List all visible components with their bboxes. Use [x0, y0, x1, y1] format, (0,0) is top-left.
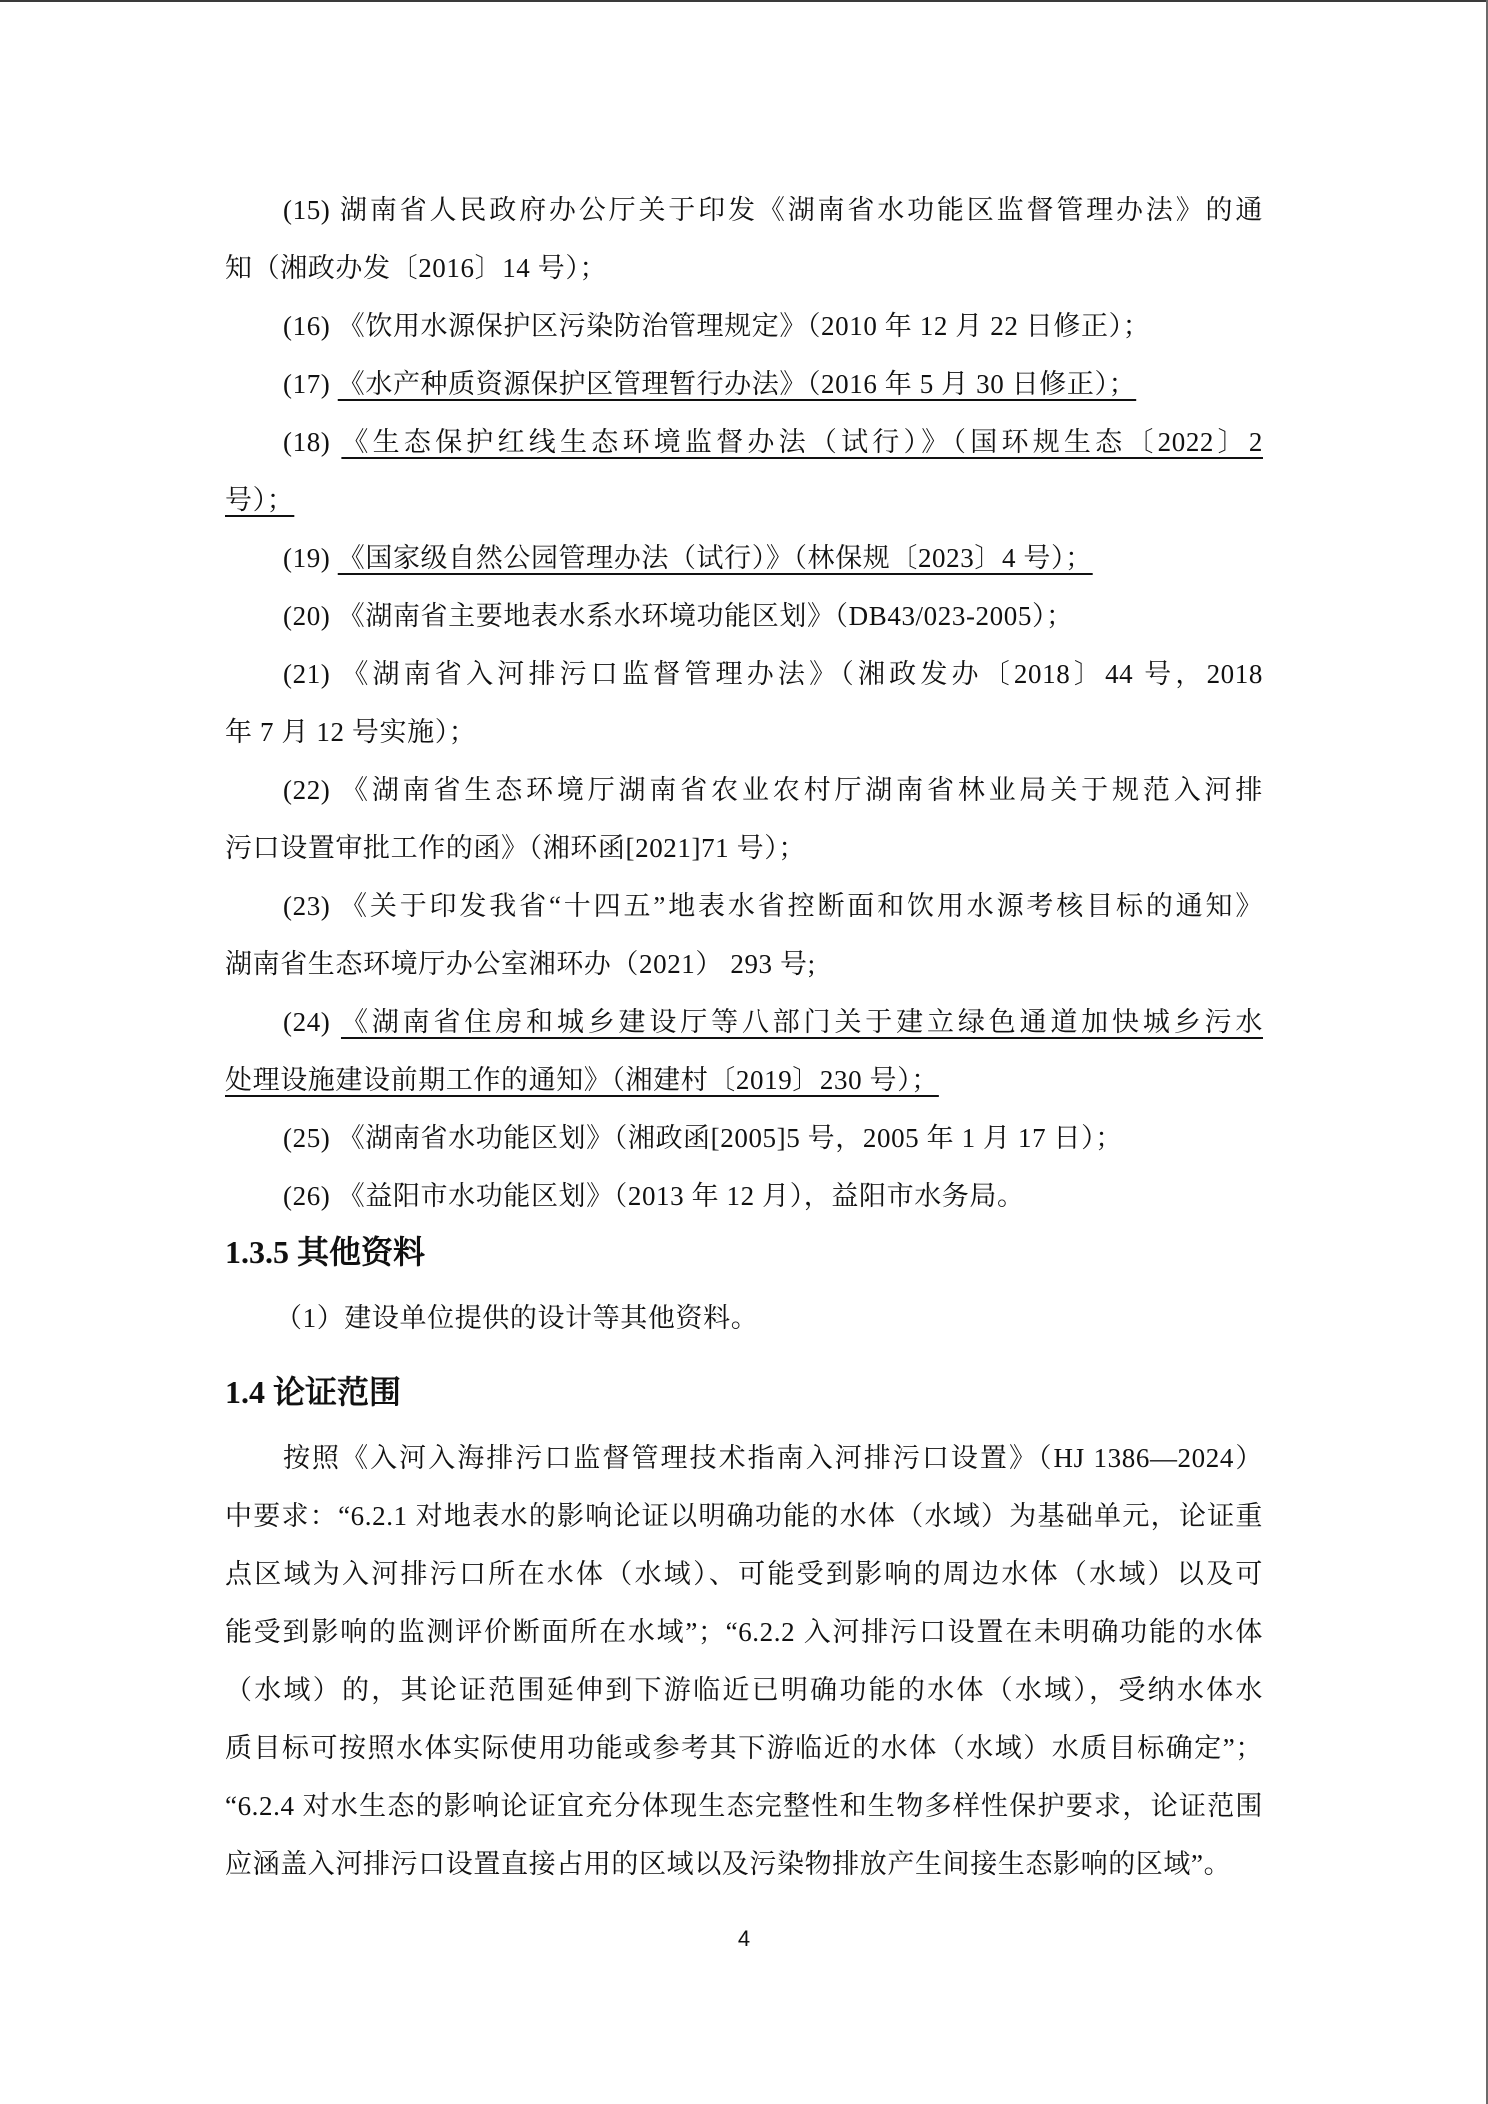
- reference-text-underlined: 处理设施建设前期工作的通知》（湘建村〔2019〕230 号）；: [225, 1065, 939, 1095]
- reference-text: 《湖南省生态环境厅湖南省农业农村厅湖南省林业局关于规范入河排: [341, 775, 1263, 805]
- paragraph-line: 点区域为入河排污口所在水体（水域）、可能受到影响的周边水体（水域）以及可: [225, 1554, 1263, 1594]
- reference-text: 《益阳市水功能区划》（2013 年 12 月），益阳市水务局。: [338, 1181, 1025, 1211]
- section-heading-1-3-5: 1.3.5 其他资料: [225, 1230, 425, 1274]
- reference-item-22-line2: 污口设置审批工作的函》（湘环函[2021]71 号）；: [225, 828, 806, 868]
- reference-number: (21): [283, 659, 330, 689]
- reference-number: (18): [283, 427, 330, 457]
- reference-item-21-line1: (21) 《湖南省入河排污口监督管理办法》（湘政发办〔2018〕44 号，201…: [283, 654, 1263, 694]
- paragraph-line: 能受到影响的监测评价断面所在水域”；“6.2.2 入河排污口设置在未明确功能的水…: [225, 1612, 1263, 1652]
- reference-item-23-line2: 湖南省生态环境厅办公室湘环办（2021） 293 号;: [225, 944, 816, 984]
- reference-item-19: (19) 《国家级自然公园管理办法（试行）》（林保规〔2023〕4 号）；: [283, 538, 1093, 578]
- reference-item-21-line2: 年 7 月 12 号实施）；: [225, 712, 476, 752]
- reference-number: (20): [283, 601, 330, 631]
- reference-number: (23): [283, 891, 330, 921]
- reference-number: (24): [283, 1007, 330, 1037]
- reference-text-underlined: 号）；: [225, 485, 294, 515]
- reference-item-25: (25) 《湖南省水功能区划》（湘政函[2005]5 号，2005 年 1 月 …: [283, 1118, 1123, 1158]
- paragraph-line: 应涵盖入河排污口设置直接占用的区域以及污染物排放产生间接生态影响的区域”。: [225, 1844, 1231, 1884]
- reference-item-15-line1: (15) 湖南省人民政府办公厅关于印发《湖南省水功能区监督管理办法》的通: [283, 190, 1263, 230]
- reference-item-18-line1: (18) 《生态保护红线生态环境监督办法（试行）》（国环规生态〔2022〕2: [283, 422, 1263, 462]
- paragraph-line: （水域）的，其论证范围延伸到下游临近已明确功能的水体（水域），受纳水体水: [225, 1670, 1263, 1710]
- reference-item-22-line1: (22) 《湖南省生态环境厅湖南省农业农村厅湖南省林业局关于规范入河排: [283, 770, 1263, 810]
- reference-number: (15): [283, 195, 330, 225]
- page-top-border: [0, 0, 1488, 2]
- reference-item-17: (17) 《水产种质资源保护区管理暂行办法》（2016 年 5 月 30 日修正…: [283, 364, 1136, 404]
- reference-text-underlined: 《生态保护红线生态环境监督办法（试行）》（国环规生态〔2022〕2: [341, 427, 1263, 457]
- paragraph-line: 按照《入河入海排污口监督管理技术指南入河排污口设置》（HJ 1386—2024）: [283, 1438, 1263, 1478]
- reference-item-24-line2: 处理设施建设前期工作的通知》（湘建村〔2019〕230 号）；: [225, 1060, 939, 1100]
- paragraph-line: 质目标可按照水体实际使用功能或参考其下游临近的水体（水域）水质目标确定”；: [225, 1728, 1263, 1768]
- paragraph-line: “6.2.4 对水生态的影响论证宜充分体现生态完整性和生物多样性保护要求，论证范…: [225, 1786, 1263, 1826]
- reference-number: (22): [283, 775, 330, 805]
- other-materials-item-1: （1）建设单位提供的设计等其他资料。: [275, 1298, 758, 1338]
- section-heading-1-4: 1.4 论证范围: [225, 1370, 401, 1414]
- reference-text: 《湖南省水功能区划》（湘政函[2005]5 号，2005 年 1 月 17 日）…: [338, 1123, 1123, 1153]
- reference-text: 《关于印发我省“十四五”地表水省控断面和饮用水源考核目标的通知》: [340, 891, 1263, 921]
- reference-item-26: (26) 《益阳市水功能区划》（2013 年 12 月），益阳市水务局。: [283, 1176, 1025, 1216]
- reference-number: (19): [283, 543, 330, 573]
- reference-text: 《湖南省主要地表水系水环境功能区划》（DB43/023-2005）；: [338, 601, 1074, 631]
- reference-number: (17): [283, 369, 330, 399]
- page-number: 4: [0, 1926, 1488, 1952]
- reference-item-15-line2: 知（湘政办发〔2016〕14 号）；: [225, 248, 607, 288]
- reference-item-24-line1: (24) 《湖南省住房和城乡建设厅等八部门关于建立绿色通道加快城乡污水: [283, 1002, 1263, 1042]
- reference-item-18-line2: 号）；: [225, 480, 294, 520]
- reference-number: (25): [283, 1123, 330, 1153]
- reference-text: 《湖南省入河排污口监督管理办法》（湘政发办〔2018〕44 号，2018: [341, 659, 1263, 689]
- reference-text: 湖南省人民政府办公厅关于印发《湖南省水功能区监督管理办法》的通: [340, 195, 1263, 225]
- reference-item-16: (16) 《饮用水源保护区污染防治管理规定》（2010 年 12 月 22 日修…: [283, 306, 1150, 346]
- reference-number: (16): [283, 311, 330, 341]
- paragraph-line: 中要求：“6.2.1 对地表水的影响论证以明确功能的水体（水域）为基础单元，论证…: [225, 1496, 1263, 1536]
- reference-number: (26): [283, 1181, 330, 1211]
- reference-text-underlined: 《水产种质资源保护区管理暂行办法》（2016 年 5 月 30 日修正）；: [338, 369, 1136, 399]
- reference-text: 《饮用水源保护区污染防治管理规定》（2010 年 12 月 22 日修正）；: [338, 311, 1151, 341]
- reference-item-20: (20) 《湖南省主要地表水系水环境功能区划》（DB43/023-2005）；: [283, 596, 1074, 636]
- reference-text-underlined: 《国家级自然公园管理办法（试行）》（林保规〔2023〕4 号）；: [338, 543, 1093, 573]
- reference-item-23-line1: (23) 《关于印发我省“十四五”地表水省控断面和饮用水源考核目标的通知》: [283, 886, 1263, 926]
- reference-text-underlined: 《湖南省住房和城乡建设厅等八部门关于建立绿色通道加快城乡污水: [341, 1007, 1263, 1037]
